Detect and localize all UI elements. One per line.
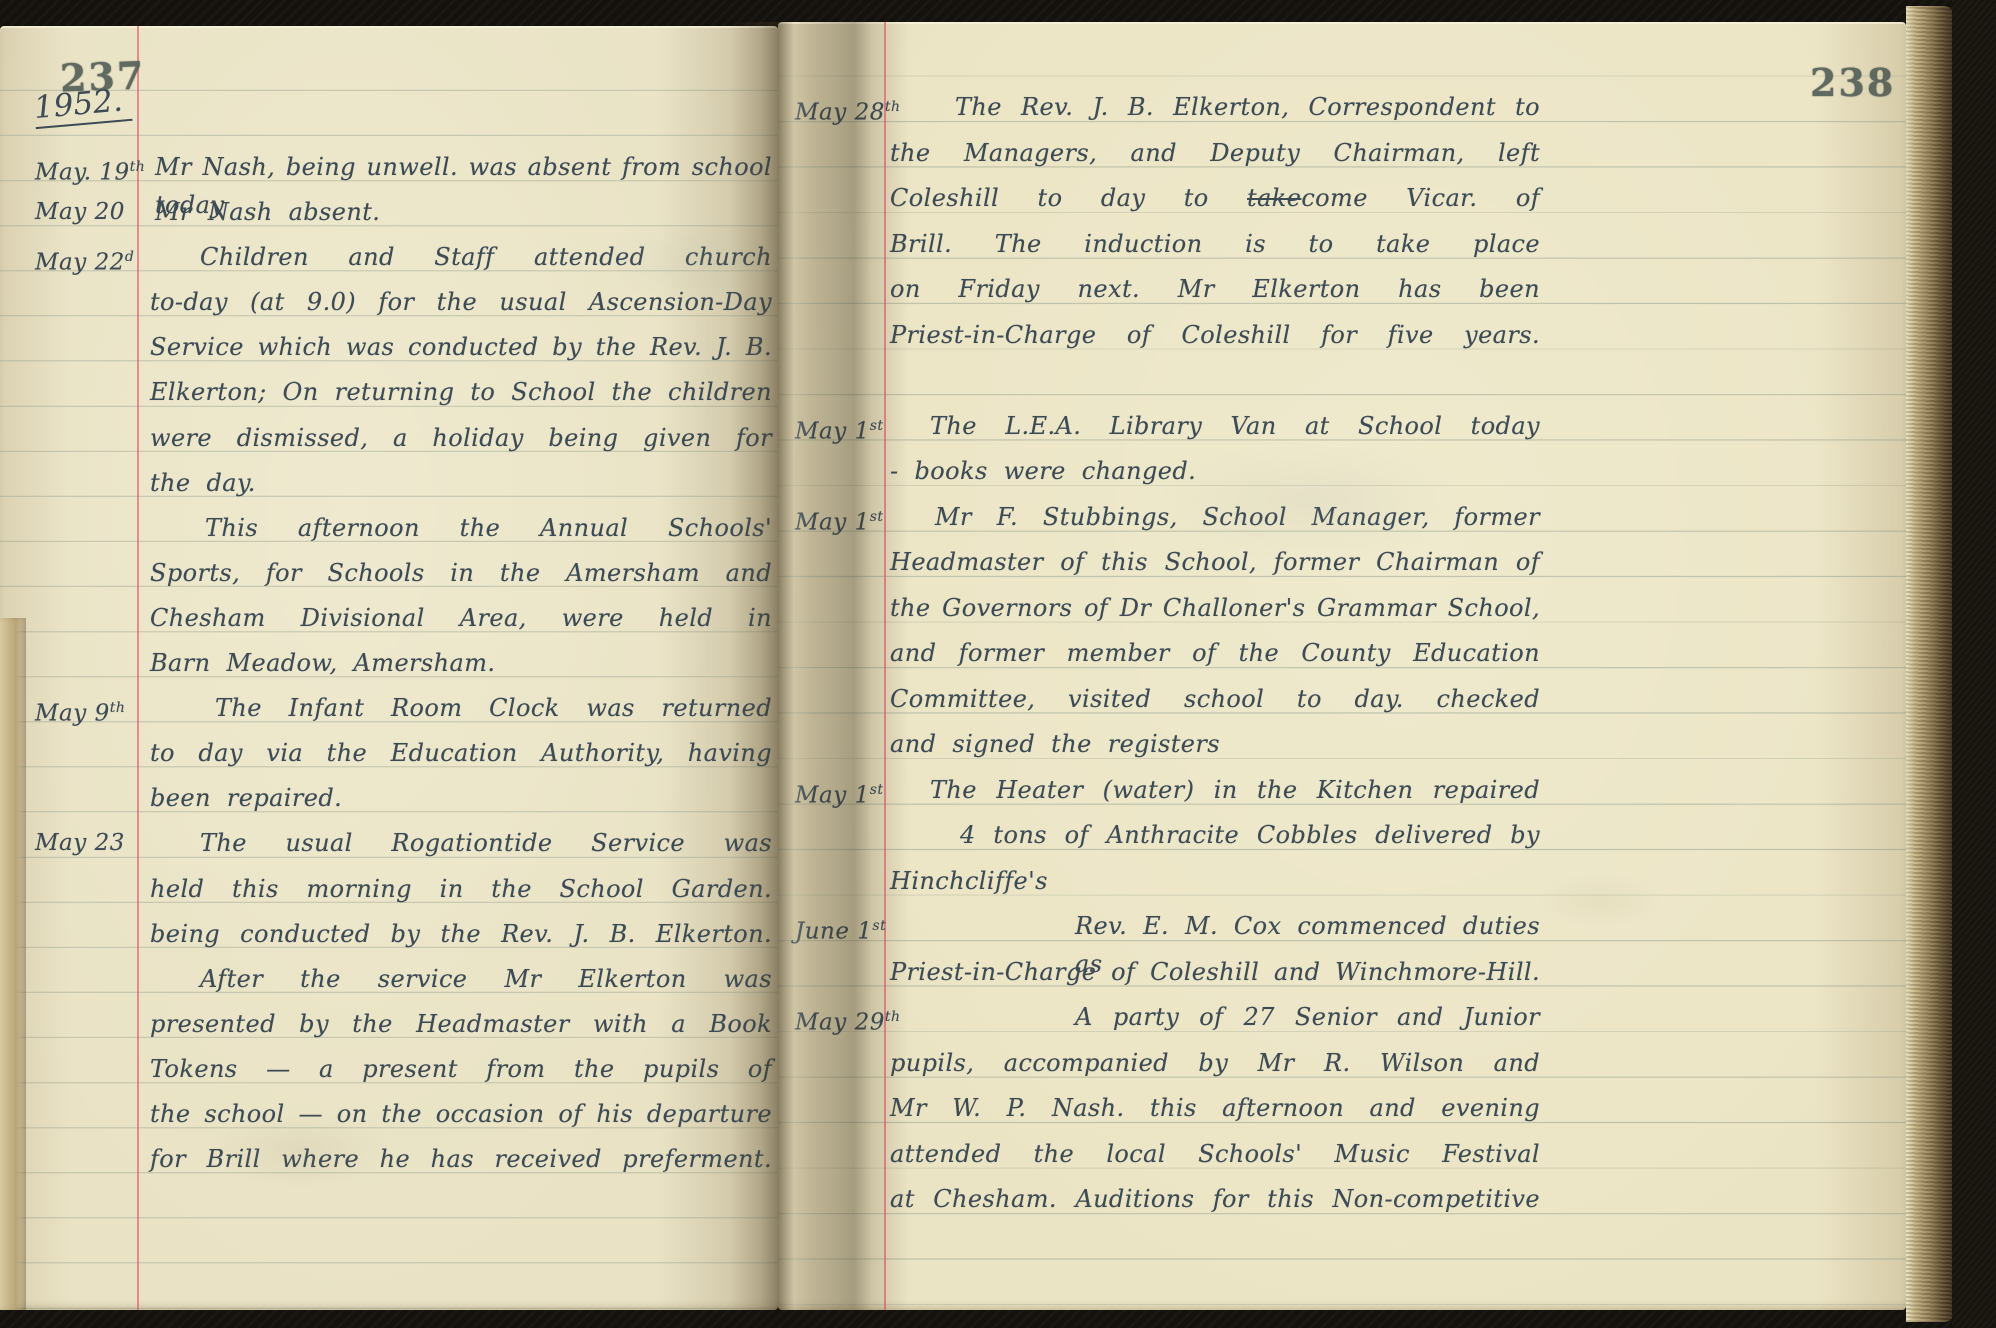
entry-text: presented by the Headmaster with a Book	[150, 1005, 772, 1043]
entry-text: The usual Rogationtide Service was	[150, 824, 772, 862]
entry-date: May 20	[35, 193, 125, 231]
entry-text: been repaired.	[150, 779, 772, 817]
log-row: Committee, visited school to day. checke…	[890, 680, 1540, 726]
entry-date: May 28th	[795, 88, 901, 132]
log-row: Tokens — a present from the pupils of	[150, 1050, 772, 1095]
log-row: and former member of the County Educatio…	[890, 634, 1540, 680]
log-row: Coleshill to day to takecome Vicar. of	[890, 179, 1540, 225]
log-row: on Friday next. Mr Elkerton has been	[890, 270, 1540, 316]
log-row: Mr W. P. Nash. this afternoon and evenin…	[890, 1089, 1540, 1135]
entry-text: the Managers, and Deputy Chairman, left	[890, 134, 1540, 172]
entry-text: Service which was conducted by the Rev. …	[150, 328, 772, 366]
log-row: at Chesham. Auditions for this Non-compe…	[890, 1180, 1540, 1226]
entry-text: Elkerton; On returning to School the chi…	[150, 373, 772, 411]
entry-text: - books were changed.	[890, 452, 1540, 490]
entry-text: and signed the registers	[890, 725, 1540, 763]
book-page-edges-right	[1906, 6, 1954, 1322]
log-row: Priest-in-Charge of Coleshill and Winchm…	[890, 953, 1540, 999]
entry-date: May 22d	[35, 238, 134, 282]
entry-text: Children and Staff attended church	[150, 238, 772, 276]
entry-text: on Friday next. Mr Elkerton has been	[890, 270, 1540, 308]
entry-date: June 1st	[795, 907, 886, 951]
log-row: Chesham Divisional Area, were held in	[150, 599, 772, 644]
log-row: May 1stThe Heater (water) in the Kitchen…	[890, 771, 1540, 817]
log-row: After the service Mr Elkerton was	[150, 960, 772, 1005]
entry-text: This afternoon the Annual Schools'	[150, 509, 772, 547]
log-entries-right: May 28thThe Rev. J. B. Elkerton, Corresp…	[890, 88, 1540, 1226]
log-row: the Governors of Dr Challoner's Grammar …	[890, 589, 1540, 635]
entry-text: Brill. The induction is to take place	[890, 225, 1540, 263]
log-row: Barn Meadow, Amersham.	[150, 644, 772, 689]
book-cover-edge	[1952, 0, 1996, 1328]
log-row: May 22dChildren and Staff attended churc…	[150, 238, 772, 283]
log-row: May 9thThe Infant Room Clock was returne…	[150, 689, 772, 734]
log-row: May 1stThe L.E.A. Library Van at School …	[890, 407, 1540, 453]
log-row: May 28thThe Rev. J. B. Elkerton, Corresp…	[890, 88, 1540, 134]
log-row: to day via the Education Authority, havi…	[150, 734, 772, 779]
entry-date: May 1st	[795, 407, 884, 451]
entry-text: were dismissed, a holiday being given fo…	[150, 419, 772, 457]
log-row: Brill. The induction is to take place	[890, 225, 1540, 271]
struck-word: take	[1247, 184, 1301, 212]
entry-text: the day.	[150, 464, 772, 502]
entry-text: Mr Nash absent.	[150, 193, 772, 231]
entry-text: to day via the Education Authority, havi…	[150, 734, 772, 772]
entry-text: the school — on the occasion of his depa…	[150, 1095, 772, 1133]
entry-text: Mr W. P. Nash. this afternoon and evenin…	[890, 1089, 1540, 1127]
log-row: 4 tons of Anthracite Cobbles delivered b…	[890, 816, 1540, 862]
page-237: 237 1952. May. 19thMr Nash, being unwell…	[0, 26, 778, 1310]
entry-text: The L.E.A. Library Van at School today	[890, 407, 1540, 445]
log-row: This afternoon the Annual Schools'	[150, 509, 772, 554]
log-row: May 23The usual Rogationtide Service was	[150, 824, 772, 869]
log-row: the day.	[150, 464, 772, 509]
log-entries-left: May. 19thMr Nash, being unwell. was abse…	[150, 148, 772, 1185]
entry-text: The Rev. J. B. Elkerton, Correspondent t…	[890, 88, 1540, 126]
entry-date: May 29th	[795, 998, 901, 1042]
log-row: Elkerton; On returning to School the chi…	[150, 373, 772, 418]
entry-text: Tokens — a present from the pupils of	[150, 1050, 772, 1088]
log-row: been repaired.	[150, 779, 772, 824]
entry-date: May. 19th	[35, 148, 145, 192]
entry-text: pupils, accompanied by Mr R. Wilson and	[890, 1044, 1540, 1082]
entry-text: held this morning in the School Garden.	[150, 870, 772, 908]
entry-text: being conducted by the Rev. J. B. Elkert…	[150, 915, 772, 953]
logbook-scan: 237 1952. May. 19thMr Nash, being unwell…	[0, 0, 1996, 1328]
entry-date: May 23	[35, 824, 125, 862]
log-row: Sports, for Schools in the Amersham and	[150, 554, 772, 599]
log-row: Service which was conducted by the Rev. …	[150, 328, 772, 373]
log-row: Hinchcliffe's	[890, 862, 1540, 908]
row-spacer	[890, 361, 1540, 407]
log-row: - books were changed.	[890, 452, 1540, 498]
year-label: 1952.	[32, 82, 132, 129]
page-238: 238 May 28thThe Rev. J. B. Elkerton, Cor…	[778, 22, 1906, 1310]
entry-text: Barn Meadow, Amersham.	[150, 644, 772, 682]
entry-date: May 9th	[35, 689, 125, 733]
entry-text: Priest-in-Charge of Coleshill and Winchm…	[890, 953, 1540, 991]
entry-date: May 1st	[795, 498, 884, 542]
entry-text: Hinchcliffe's	[890, 862, 1540, 900]
entry-text: attended the local Schools' Music Festiv…	[890, 1135, 1540, 1173]
log-row: May. 19thMr Nash, being unwell. was abse…	[150, 148, 772, 193]
entry-text: Headmaster of this School, former Chairm…	[890, 543, 1540, 581]
log-row: the school — on the occasion of his depa…	[150, 1095, 772, 1140]
entry-text: Mr F. Stubbings, School Manager, former	[890, 498, 1540, 536]
entry-text: at Chesham. Auditions for this Non-compe…	[890, 1180, 1540, 1218]
entry-text: Committee, visited school to day. checke…	[890, 680, 1540, 718]
log-row: presented by the Headmaster with a Book	[150, 1005, 772, 1050]
log-row: Headmaster of this School, former Chairm…	[890, 543, 1540, 589]
margin-rule-left	[137, 26, 139, 1310]
log-row: May 1stMr F. Stubbings, School Manager, …	[890, 498, 1540, 544]
log-row: attended the local Schools' Music Festiv…	[890, 1135, 1540, 1181]
entry-text: The Infant Room Clock was returned	[150, 689, 772, 727]
log-row: May 29thA party of 27 Senior and Junior	[890, 998, 1540, 1044]
entry-text: After the service Mr Elkerton was	[150, 960, 772, 998]
log-row: and signed the registers	[890, 725, 1540, 771]
entry-text: Coleshill to day to takecome Vicar. of	[890, 179, 1540, 217]
entry-text: The Heater (water) in the Kitchen repair…	[890, 771, 1540, 809]
log-row: Priest-in-Charge of Coleshill for five y…	[890, 316, 1540, 362]
entry-text: for Brill where he has received preferme…	[150, 1140, 772, 1178]
entry-text: to-day (at 9.0) for the usual Ascension-…	[150, 283, 772, 321]
entry-text: and former member of the County Educatio…	[890, 634, 1540, 672]
entry-text: the Governors of Dr Challoner's Grammar …	[890, 589, 1540, 627]
margin-rule-right	[884, 22, 886, 1310]
page-number-stamp-right: 238	[1810, 60, 1895, 105]
entry-text: Priest-in-Charge of Coleshill for five y…	[890, 316, 1540, 354]
entry-text: A party of 27 Senior and Junior	[890, 998, 1540, 1036]
log-row: being conducted by the Rev. J. B. Elkert…	[150, 915, 772, 960]
entry-text: Chesham Divisional Area, were held in	[150, 599, 772, 637]
entry-date: May 1st	[795, 771, 884, 815]
log-row: for Brill where he has received preferme…	[150, 1140, 772, 1185]
log-row: the Managers, and Deputy Chairman, left	[890, 134, 1540, 180]
log-row: were dismissed, a holiday being given fo…	[150, 419, 772, 464]
log-row: to-day (at 9.0) for the usual Ascension-…	[150, 283, 772, 328]
entry-text: Sports, for Schools in the Amersham and	[150, 554, 772, 592]
log-row: June 1stRev. E. M. Cox commenced duties …	[890, 907, 1540, 953]
entry-text: 4 tons of Anthracite Cobbles delivered b…	[890, 816, 1540, 854]
log-row: held this morning in the School Garden.	[150, 870, 772, 915]
log-row: pupils, accompanied by Mr R. Wilson and	[890, 1044, 1540, 1090]
log-row: May 20Mr Nash absent.	[150, 193, 772, 238]
